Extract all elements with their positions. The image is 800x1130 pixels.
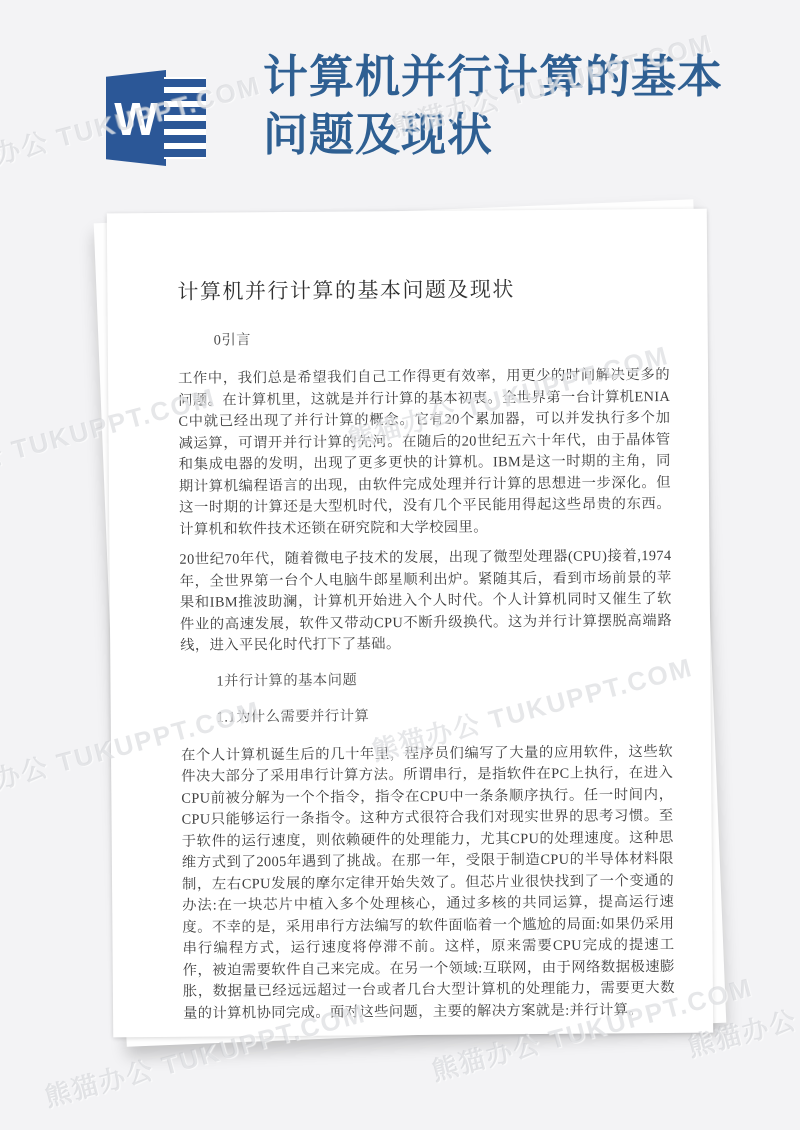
doc-paragraph: 工作中，我们总是希望我们自己工作得更有效率，用更少的时间解决更多的问题。在计算机… bbox=[178, 365, 671, 541]
word-cover-shape: W bbox=[106, 70, 166, 166]
document-title: 计算机并行计算的基本问题及现状 bbox=[177, 275, 669, 305]
doc-heading: 1并行计算的基本问题 bbox=[216, 669, 672, 689]
word-w-glyph: W bbox=[114, 96, 157, 142]
page-title-link[interactable]: 计算机并行计算的基本问题及现状 bbox=[263, 48, 733, 164]
word-doc-lines bbox=[164, 77, 206, 159]
document-preview-page: { "header": { "title": "计算机并行计算的基本问题及现状"… bbox=[0, 0, 800, 1130]
document-body: 0引言工作中，我们总是希望我们自己工作得更有效率，用更少的时间解决更多的问题。在… bbox=[178, 329, 675, 1025]
document-page-stack: 计算机并行计算的基本问题及现状 0引言工作中，我们总是希望我们自己工作得更有效率… bbox=[110, 211, 710, 1035]
word-icon: W bbox=[100, 68, 208, 168]
doc-heading: 0引言 bbox=[214, 329, 670, 349]
page-sheet-main: 计算机并行计算的基本问题及现状 0引言工作中，我们总是希望我们自己工作得更有效率… bbox=[107, 209, 713, 1038]
header: W 计算机并行计算的基本问题及现状 bbox=[0, 0, 800, 200]
document-content: 计算机并行计算的基本问题及现状 0引言工作中，我们总是希望我们自己工作得更有效率… bbox=[107, 209, 713, 1038]
doc-paragraph: 在个人计算机诞生后的几十年里，程序员们编写了大量的应用软件，这些软件决大部分了采… bbox=[181, 741, 675, 1024]
doc-paragraph: 20世纪70年代，随着微电子技术的发展，出现了微型处理器(CPU)接着,1974… bbox=[179, 546, 672, 657]
doc-heading: 1.1为什么需要并行计算 bbox=[217, 705, 673, 725]
